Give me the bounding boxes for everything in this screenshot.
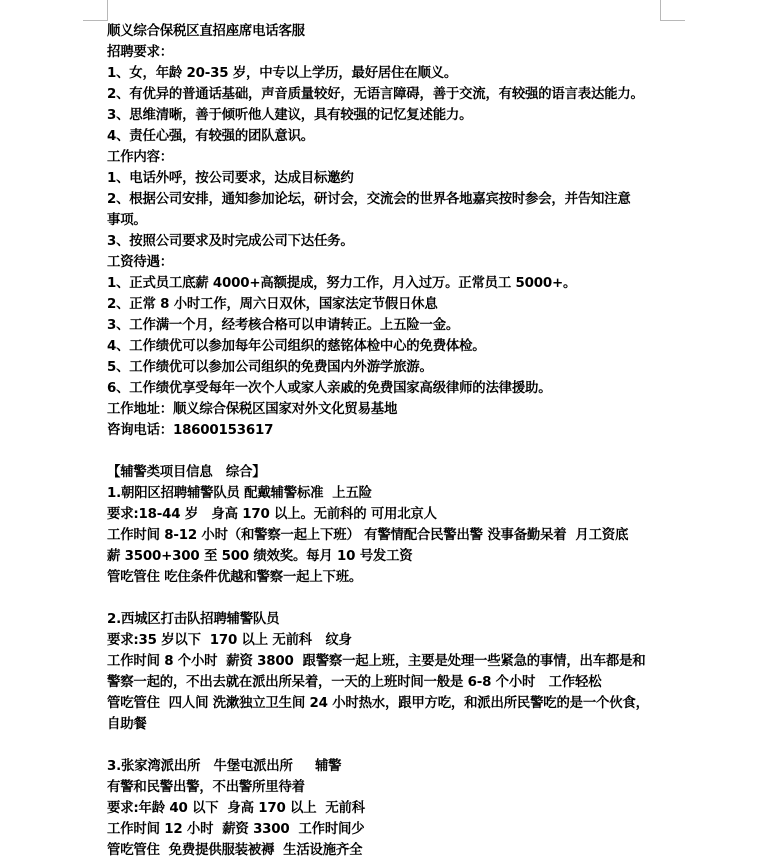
salary-item: 3、工作满一个月，经考核合格可以申请转正。上五险一金。	[107, 315, 672, 336]
requirement-item: 1、女，年龄 20-35 岁，中专以上学历，最好居住在顺义。	[107, 63, 672, 84]
job3-line: 要求:年龄 40 以下 身高 170 以上 无前科	[107, 798, 672, 819]
section-heading-auxiliary-police: 【辅警类项目信息 综合】	[107, 462, 672, 483]
page-corner-mark-top-left	[83, 0, 108, 21]
job2-line: 工作时间 8 个小时 薪资 3800 跟警察一起上班，主要是处理一些紧急的事情，…	[107, 651, 672, 672]
requirement-item: 3、思维清晰，善于倾听他人建议，具有较强的记忆复述能力。	[107, 105, 672, 126]
salary-item: 6、工作绩优享受每年一次个人或家人亲戚的免费国家高级律师的法律援助。	[107, 378, 672, 399]
document-page: 顺义综合保税区直招座席电话客服 招聘要求： 1、女，年龄 20-35 岁，中专以…	[107, 21, 672, 860]
salary-item: 5、工作绩优可以参加公司组织的免费国内外游学旅游。	[107, 357, 672, 378]
job3-line: 工作时间 12 小时 薪资 3300 工作时间少	[107, 819, 672, 840]
page-corner-mark-top-right	[660, 0, 685, 21]
job2-line: 要求:35 岁以下 170 以上 无前科 纹身	[107, 630, 672, 651]
salary-item: 4、工作绩优可以参加每年公司组织的慈铭体检中心的免费体检。	[107, 336, 672, 357]
job1-line: 要求:18-44 岁 身高 170 以上。无前科的 可用北京人	[107, 504, 672, 525]
salary-heading: 工资待遇：	[107, 252, 672, 273]
contact-phone: 咨询电话：18600153617	[107, 420, 672, 441]
duty-item: 1、电话外呼，按公司要求，达成目标邀约	[107, 168, 672, 189]
document-title: 顺义综合保税区直招座席电话客服	[107, 21, 672, 42]
job1-line: 薪 3500+300 至 500 绩效奖。每月 10 号发工资	[107, 546, 672, 567]
duty-item: 2、根据公司安排，通知参加论坛，研讨会，交流会的世界各地嘉宾按时参会，并告知注意	[107, 189, 672, 210]
job3-line: 3.张家湾派出所 牛堡屯派出所 辅警	[107, 756, 672, 777]
salary-item: 1、正式员工底薪 4000+高额提成，努力工作，月入过万。正常员工 5000+。	[107, 273, 672, 294]
work-address: 工作地址：顺义综合保税区国家对外文化贸易基地	[107, 399, 672, 420]
requirement-item: 4、责任心强，有较强的团队意识。	[107, 126, 672, 147]
job1-line: 1.朝阳区招聘辅警队员 配戴辅警标准 上五险	[107, 483, 672, 504]
salary-item: 2、正常 8 小时工作，周六日双休，国家法定节假日休息	[107, 294, 672, 315]
job2-line: 自助餐	[107, 714, 672, 735]
job3-line: 有警和民警出警，不出警所里待着	[107, 777, 672, 798]
blank-line	[107, 441, 672, 462]
duty-item-continued: 事项。	[107, 210, 672, 231]
requirements-heading: 招聘要求：	[107, 42, 672, 63]
job2-line: 警察一起的，不出去就在派出所呆着，一天的上班时间一般是 6-8 个小时 工作轻松	[107, 672, 672, 693]
job2-line: 管吃管住 四人间 洗漱独立卫生间 24 小时热水，跟甲方吃，和派出所民警吃的是一…	[107, 693, 672, 714]
job1-line: 管吃管住 吃住条件优越和警察一起上下班。	[107, 567, 672, 588]
blank-line	[107, 588, 672, 609]
requirement-item: 2、有优异的普通话基础，声音质量较好，无语言障碍，善于交流，有较强的语言表达能力…	[107, 84, 672, 105]
job1-line: 工作时间 8-12 小时（和警察一起上下班） 有警情配合民警出警 没事备勤呆着 …	[107, 525, 672, 546]
job2-line: 2.西城区打击队招聘辅警队员	[107, 609, 672, 630]
duty-item: 3、按照公司要求及时完成公司下达任务。	[107, 231, 672, 252]
job3-line: 管吃管住 免费提供服装被褥 生活设施齐全	[107, 840, 672, 860]
blank-line	[107, 735, 672, 756]
duties-heading: 工作内容：	[107, 147, 672, 168]
